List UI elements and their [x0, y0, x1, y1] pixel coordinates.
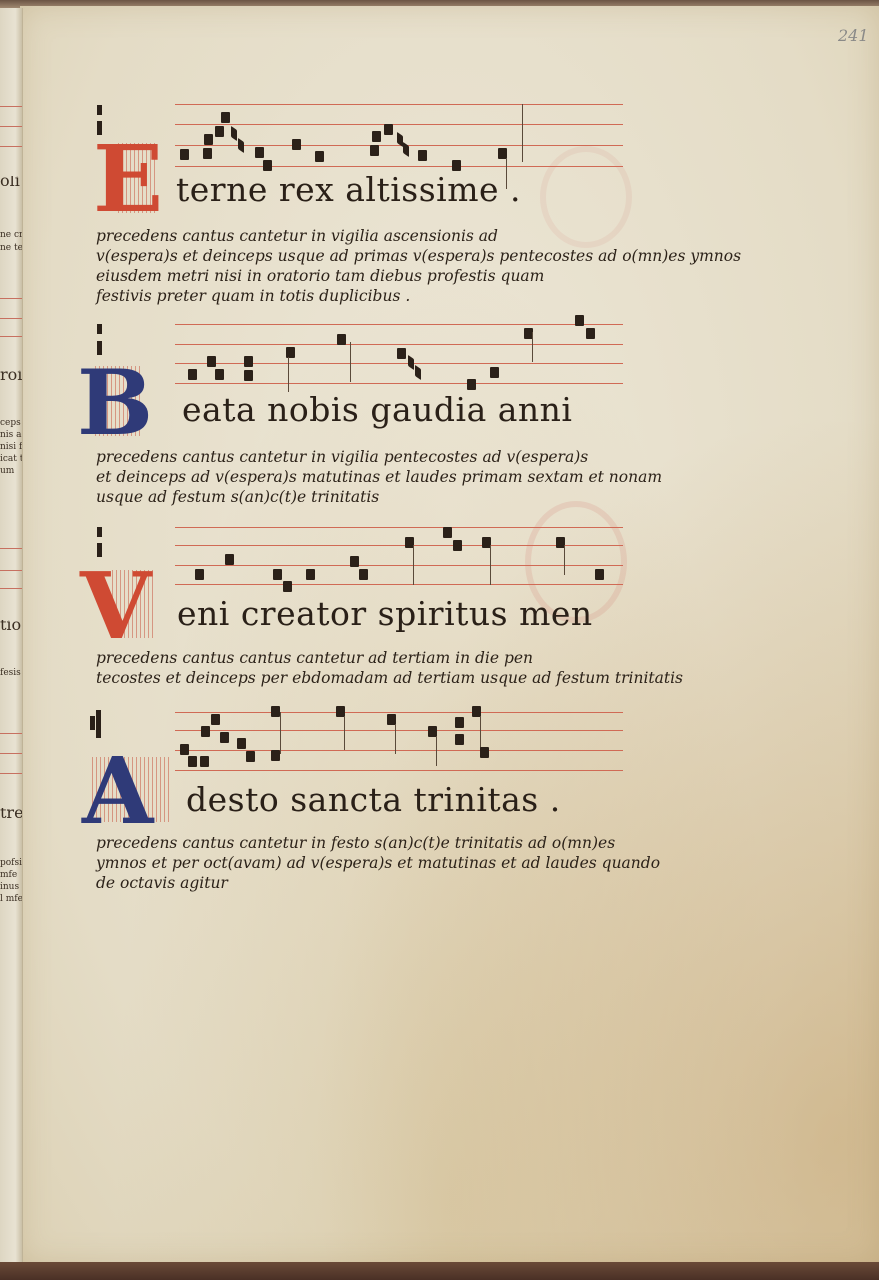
previous-page-margin: oli ne creat ne tempu roi a ceps ad nis … [0, 8, 23, 1262]
neume [467, 379, 476, 390]
neume [225, 554, 234, 565]
neume [215, 369, 224, 380]
c-clef-icon [96, 710, 101, 738]
neume [283, 581, 292, 592]
illuminated-initial-e: E [93, 133, 163, 225]
neume [221, 112, 230, 123]
chant-incipit: eata nobis gaudia anni [182, 390, 572, 429]
neume [195, 569, 204, 580]
c-clef-icon [97, 527, 102, 537]
neume [244, 356, 253, 367]
neume [455, 734, 464, 745]
illuminated-initial-v: V [80, 560, 151, 652]
c-clef-icon [90, 716, 95, 730]
rubric-text: precedens cantus cantus cantetur ad tert… [96, 648, 636, 688]
neume [408, 355, 414, 370]
neume [595, 569, 604, 580]
music-staff [175, 527, 623, 589]
neume [271, 706, 280, 717]
neume [350, 556, 359, 567]
music-staff [175, 712, 623, 774]
neume [211, 714, 220, 725]
neume [188, 756, 197, 767]
neume [575, 315, 584, 326]
neume [490, 367, 499, 378]
neume [480, 747, 489, 758]
neume [220, 732, 229, 743]
initial-letter: E [93, 125, 163, 233]
neume [246, 751, 255, 762]
neume [244, 370, 253, 381]
rubric-text: precedens cantus cantetur in vigilia asc… [96, 226, 636, 306]
neume [231, 126, 237, 141]
neume [292, 139, 301, 150]
neume [370, 145, 379, 156]
neume [498, 148, 507, 159]
neume [201, 726, 210, 737]
neume [237, 738, 246, 749]
chant-incipit: terne rex altissime . [176, 170, 521, 209]
neume [443, 527, 452, 538]
neume [255, 147, 264, 158]
neume [372, 131, 381, 142]
c-clef-icon [97, 324, 102, 334]
neume [271, 750, 280, 761]
initial-letter: V [80, 552, 151, 660]
neume [180, 744, 189, 755]
neume [215, 126, 224, 137]
neume [455, 717, 464, 728]
neume [453, 540, 462, 551]
rubric-text: precedens cantus cantetur in festo s(an)… [96, 833, 636, 893]
neume [306, 569, 315, 580]
neume [418, 150, 427, 161]
folio-number: 241 [838, 26, 869, 45]
neume [207, 356, 216, 367]
chant-incipit: desto sancta trinitas . [186, 780, 561, 819]
neume [384, 124, 393, 135]
neume [238, 138, 244, 153]
rubric-text: precedens cantus cantetur in vigilia pen… [96, 447, 636, 507]
illuminated-initial-a: A [82, 745, 153, 837]
neume [315, 151, 324, 162]
chant-incipit: eni creator spiritus men [177, 594, 593, 633]
neume [200, 756, 209, 767]
neume [415, 365, 421, 380]
neume [203, 148, 212, 159]
neume [397, 348, 406, 359]
c-clef-icon [97, 105, 102, 115]
initial-letter: B [77, 350, 153, 456]
book-bottom-edge [0, 1262, 879, 1280]
music-staff [175, 324, 623, 386]
initial-letter: A [82, 737, 153, 845]
neume [180, 149, 189, 160]
neume [204, 134, 213, 145]
neume [188, 369, 197, 380]
music-staff [175, 104, 623, 166]
neume [359, 569, 368, 580]
neume [586, 328, 595, 339]
neume [337, 334, 346, 345]
illuminated-initial-b: B [77, 358, 153, 448]
neume [273, 569, 282, 580]
